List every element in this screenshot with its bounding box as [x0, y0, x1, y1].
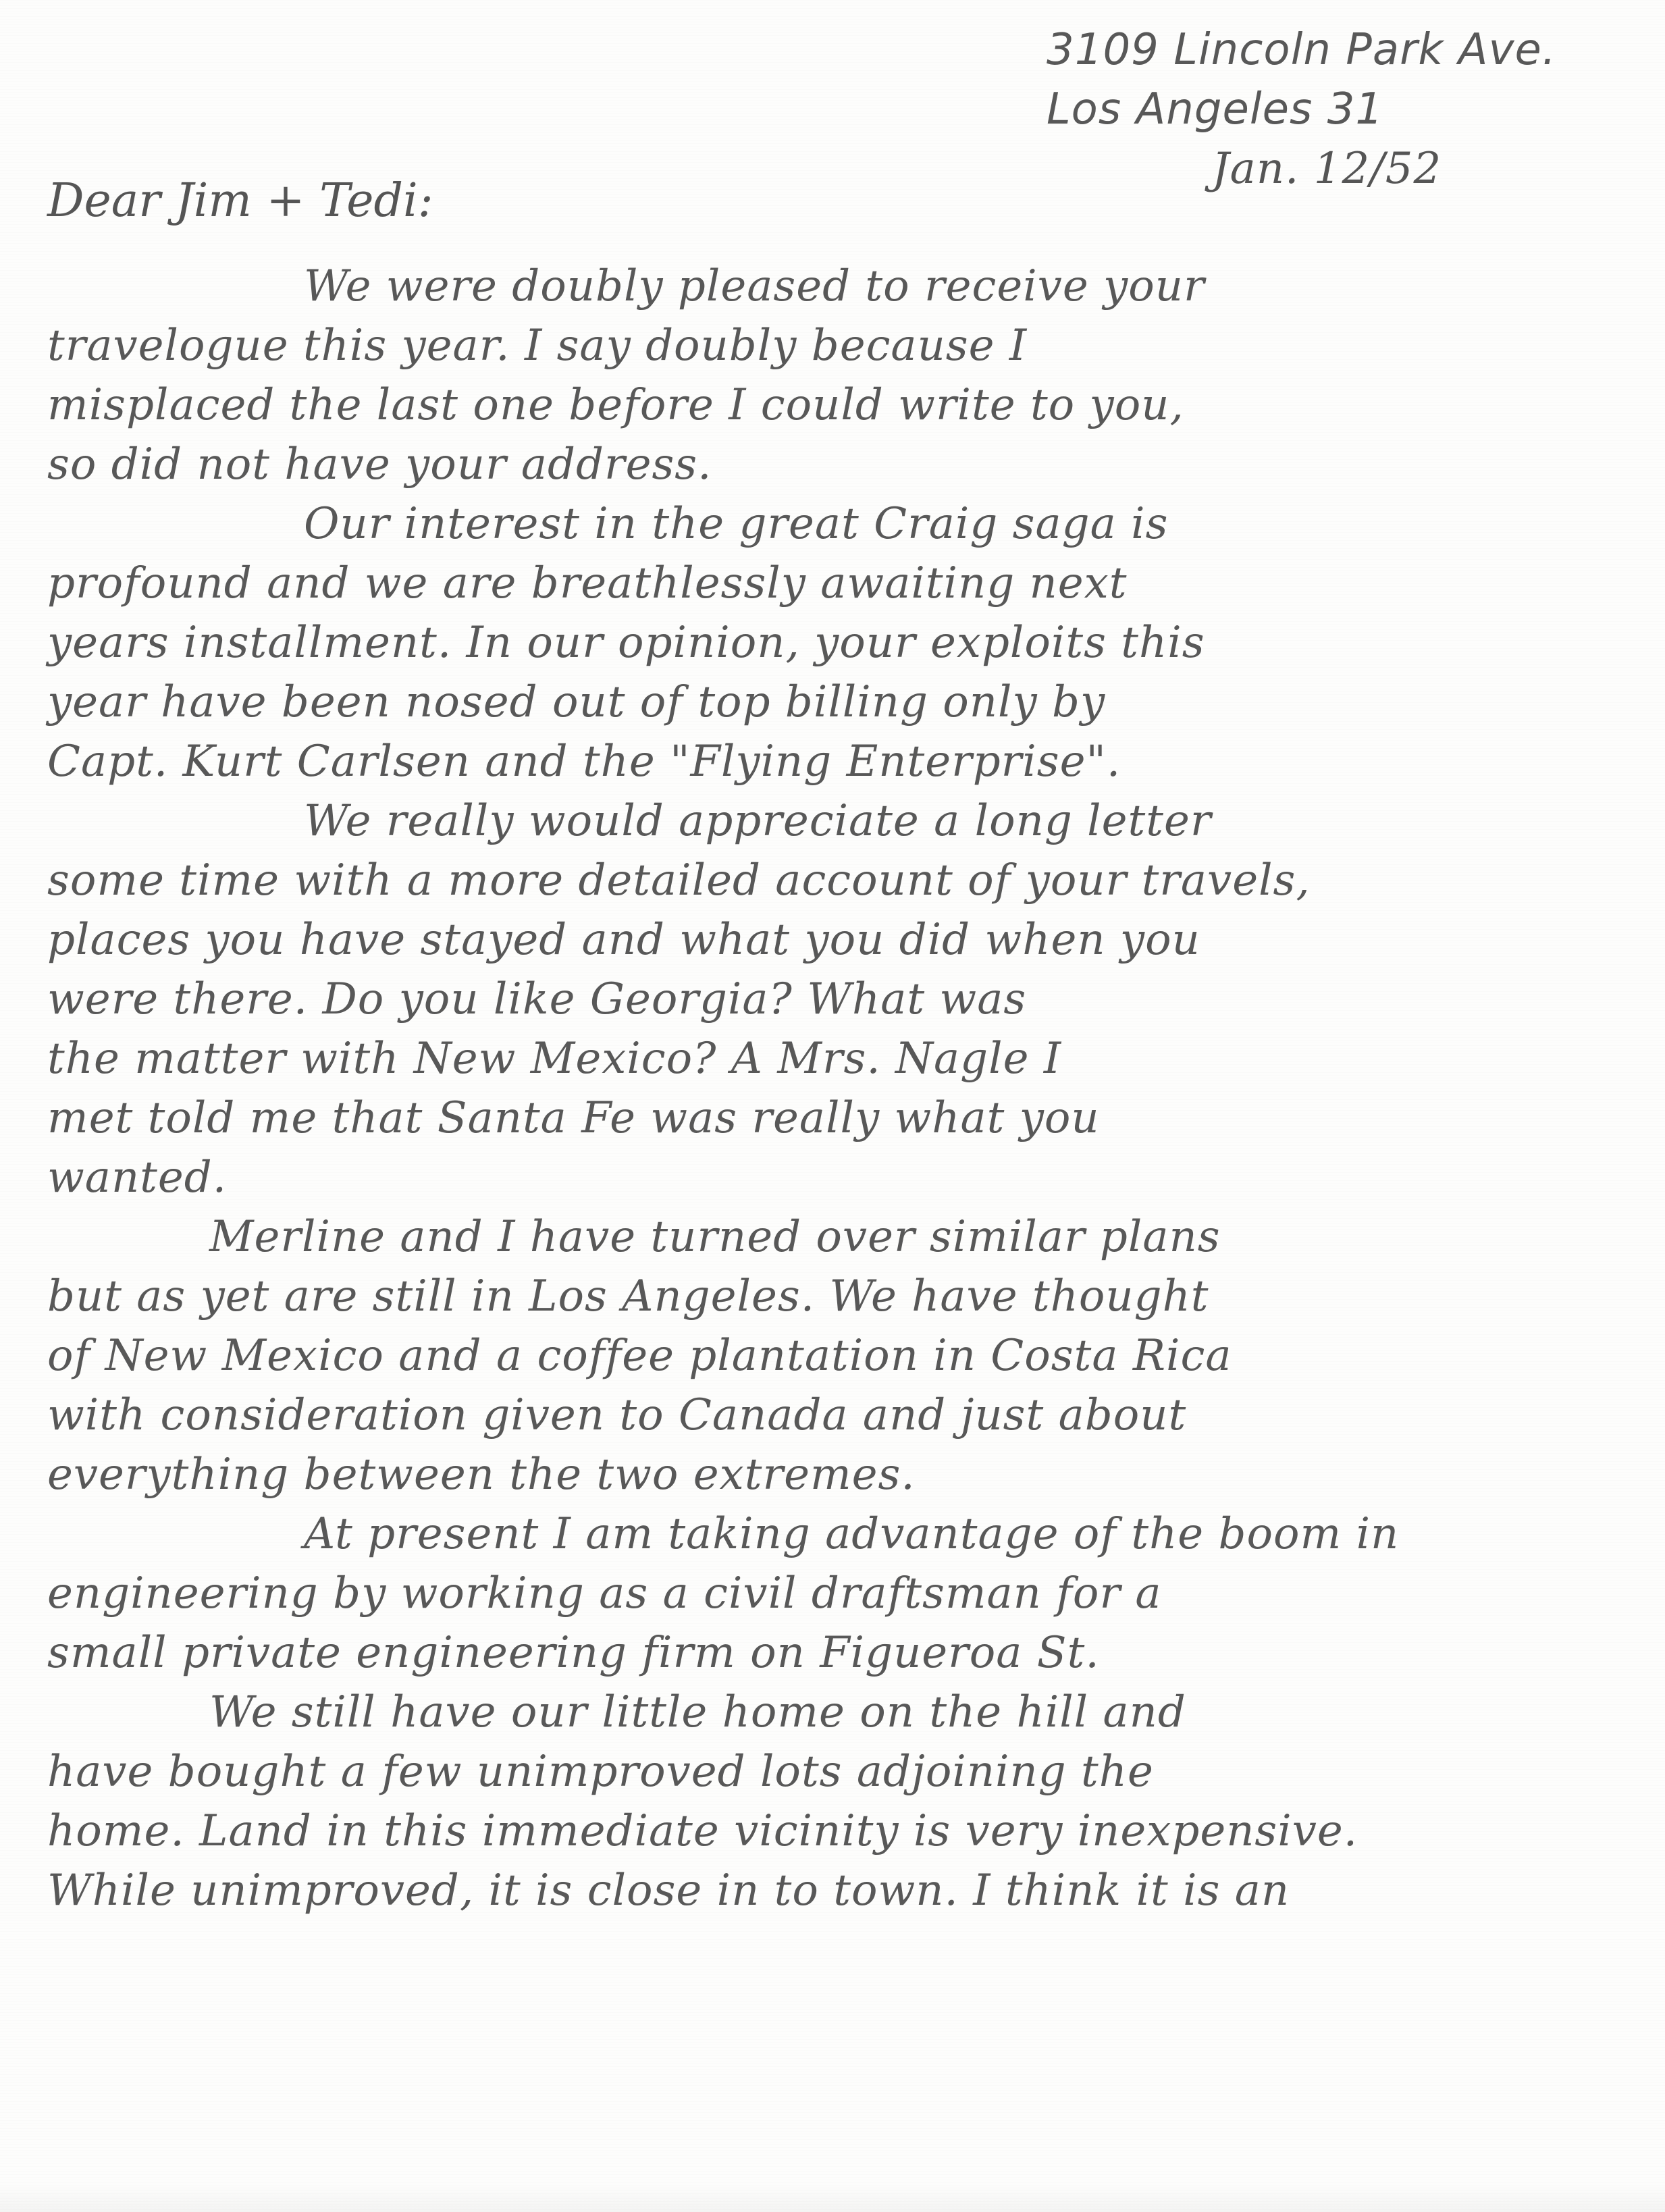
letter-line: places you have stayed and what you did … [47, 910, 1620, 970]
letter-line: small private engineering firm on Figuer… [47, 1623, 1620, 1683]
letter-date: Jan. 12/52 [1047, 139, 1556, 199]
letter-body: We were doubly pleased to receive yourtr… [47, 257, 1620, 1920]
letter-line: Merline and I have turned over similar p… [47, 1207, 1620, 1267]
return-address: 3109 Lincoln Park Ave. Los Angeles 31 Ja… [1047, 20, 1556, 199]
letter-line: have bought a few unimproved lots adjoin… [47, 1742, 1620, 1801]
letter-line: At present I am taking advantage of the … [47, 1504, 1620, 1564]
letter-line: We really would appreciate a long letter [47, 791, 1620, 851]
letter-line: of New Mexico and a coffee plantation in… [47, 1326, 1620, 1386]
letter-line: profound and we are breathlessly awaitin… [47, 554, 1620, 613]
address-city: Los Angeles 31 [1047, 80, 1556, 139]
letter-line: We still have our little home on the hil… [47, 1683, 1620, 1742]
letter-line: While unimproved, it is close in to town… [47, 1861, 1620, 1920]
letter-line: were there. Do you like Georgia? What wa… [47, 970, 1620, 1029]
letter-line: with consideration given to Canada and j… [47, 1386, 1620, 1445]
letter-line: engineering by working as a civil drafts… [47, 1564, 1620, 1623]
salutation: Dear Jim + Tedi: [47, 174, 433, 228]
letter-line: the matter with New Mexico? A Mrs. Nagle… [47, 1029, 1620, 1088]
letter-line: We were doubly pleased to receive your [47, 257, 1620, 316]
letter-line: Capt. Kurt Carlsen and the "Flying Enter… [47, 732, 1620, 791]
letter-line: so did not have your address. [47, 435, 1620, 494]
address-street: 3109 Lincoln Park Ave. [1047, 20, 1556, 80]
letter-line: years installment. In our opinion, your … [47, 613, 1620, 673]
letter-line: wanted. [47, 1148, 1620, 1207]
letter-line: everything between the two extremes. [47, 1445, 1620, 1504]
letter-line: some time with a more detailed account o… [47, 851, 1620, 910]
letter-line: but as yet are still in Los Angeles. We … [47, 1267, 1620, 1326]
letter-line: misplaced the last one before I could wr… [47, 375, 1620, 435]
letter-line: year have been nosed out of top billing … [47, 673, 1620, 732]
letter-line: Our interest in the great Craig saga is [47, 494, 1620, 554]
letter-line: travelogue this year. I say doubly becau… [47, 316, 1620, 375]
letter-line: met told me that Santa Fe was really wha… [47, 1088, 1620, 1148]
letter-line: home. Land in this immediate vicinity is… [47, 1801, 1620, 1861]
